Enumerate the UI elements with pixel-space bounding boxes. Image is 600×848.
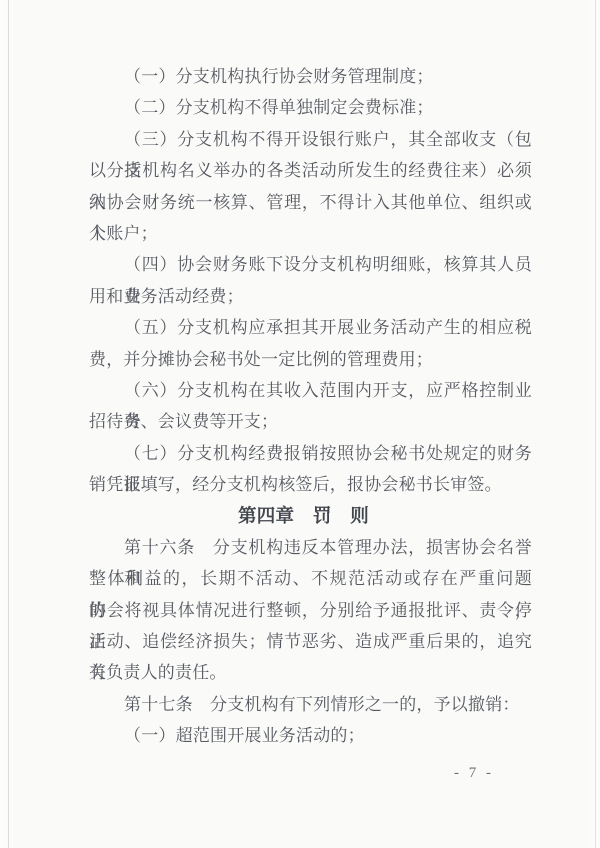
- text-line: 整体利益的，长期不活动、不规范活动或存在严重问题的，: [89, 563, 532, 594]
- text-line: （四）协会财务账下设分支机构明细账，核算其人员费: [89, 249, 532, 280]
- text-line: （五）分支机构应承担其开展业务活动产生的相应税: [89, 312, 532, 343]
- text-line: 用和业务活动经费；: [89, 281, 532, 312]
- document-body: （一）分支机构执行协会财务管理制度；（二）分支机构不得单独制定会费标准；（三）分…: [89, 61, 532, 752]
- text-line: （七）分支机构经费报销按照协会秘书处规定的财务报: [89, 438, 532, 469]
- scan-edge-left: [8, 0, 9, 848]
- text-line: （二）分支机构不得单独制定会费标准；: [89, 92, 532, 123]
- text-line: 人账户；: [89, 218, 532, 249]
- scan-edge-right: [595, 0, 596, 848]
- page-number: - 7 -: [449, 765, 499, 782]
- document-page: （一）分支机构执行协会财务管理制度；（二）分支机构不得单独制定会费标准；（三）分…: [0, 0, 600, 848]
- text-line: 销凭证填写，经分支机构核签后，报协会秘书长审签。: [89, 469, 532, 500]
- text-line: 入协会财务统一核算、管理，不得计入其他单位、组织或个: [89, 187, 532, 218]
- text-line: 以分支机构名义举办的各类活动所发生的经费往来）必须纳: [89, 155, 532, 186]
- text-line: 关负责人的责任。: [89, 657, 532, 688]
- text-line: （三）分支机构不得开设银行账户，其全部收支（包括: [89, 124, 532, 155]
- chapter-heading: 第四章 罚 则: [89, 500, 532, 531]
- text-line: 招待费、会议费等开支；: [89, 406, 532, 437]
- text-line: （六）分支机构在其收入范围内开支，应严格控制业务: [89, 375, 532, 406]
- text-line: 费，并分摊协会秘书处一定比例的管理费用；: [89, 344, 532, 375]
- text-line: （一）分支机构执行协会财务管理制度；: [89, 61, 532, 92]
- text-line: 第十六条 分支机构违反本管理办法，损害协会名誉和: [89, 532, 532, 563]
- text-line: 第十七条 分支机构有下列情形之一的，予以撤销：: [89, 689, 532, 720]
- text-line: 活动、追偿经济损失；情节恶劣、造成严重后果的，追究有: [89, 626, 532, 657]
- text-line: 协会将视具体情况进行整顿，分别给予通报批评、责令停止: [89, 595, 532, 626]
- text-line: （一）超范围开展业务活动的；: [89, 720, 532, 751]
